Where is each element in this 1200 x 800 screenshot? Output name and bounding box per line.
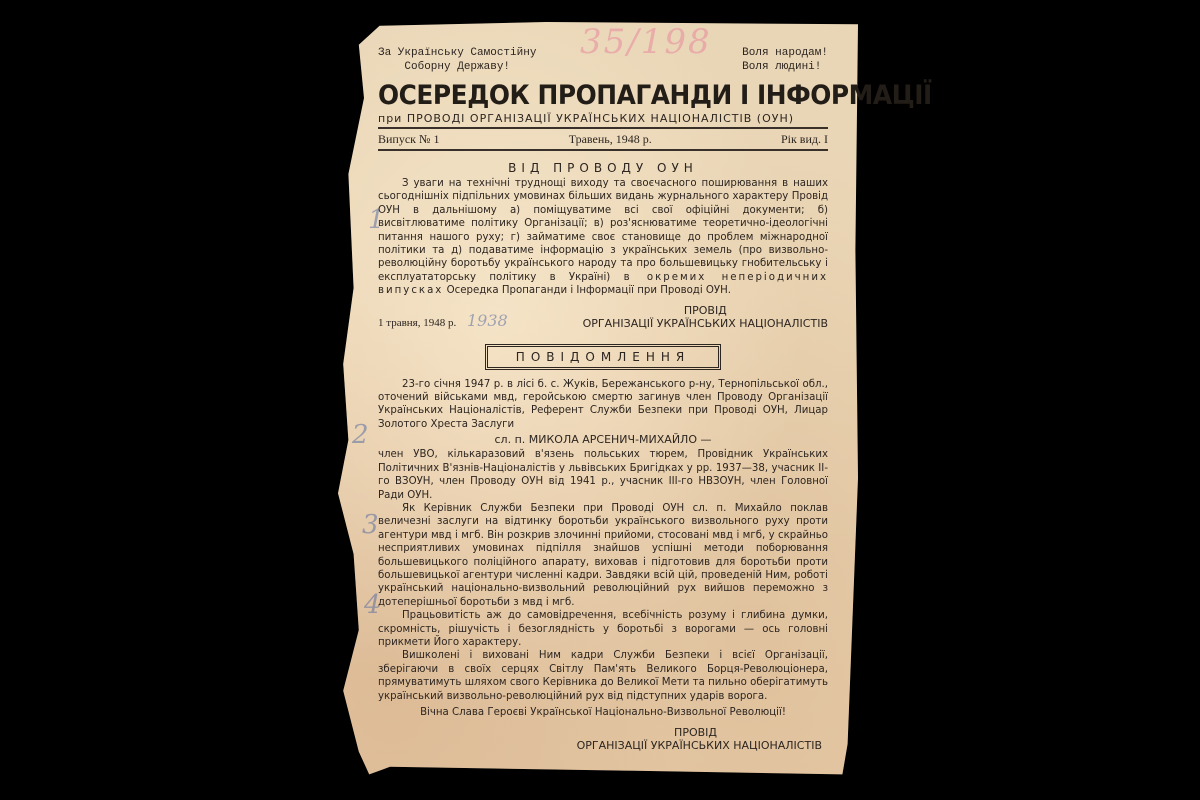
announcement-para: Вишколені і виховані Ним кадри Служби Бе…: [378, 649, 828, 703]
section-body: З уваги на технічні труднощі виходу та с…: [378, 177, 828, 298]
margin-mark-2: 2: [352, 420, 369, 450]
signature-line: ПРОВІД: [583, 304, 828, 317]
signature: ПРОВІД ОРГАНІЗАЦІЇ УКРАЇНСЬКИХ НАЦІОНАЛІ…: [583, 304, 828, 330]
motto-right-line: Воля людині!: [742, 60, 828, 74]
announcement-para: член УВО, кількаразовий в'язень польськи…: [378, 448, 828, 502]
announcement-para: 23-го січня 1947 р. в лісі б. с. Жуків, …: [378, 378, 828, 432]
document-content: За Українську Самостійну Соборну Державу…: [378, 46, 828, 752]
section-date: 1 травня, 1948 р. 1938: [378, 311, 508, 330]
mottos: За Українську Самостійну Соборну Державу…: [378, 46, 828, 74]
issue-line: Випуск № 1 Травень, 1948 р. Рік вид. І: [378, 129, 828, 151]
body-text-end: Осередка Пропаганди і Інформації при Про…: [447, 285, 731, 296]
motto-left-line: Соборну Державу!: [378, 60, 536, 74]
masthead-subtitle: при ПРОВОДІ ОРГАНІЗАЦІЇ УКРАЇНСЬКИХ НАЦІ…: [378, 112, 828, 129]
motto-left-line: За Українську Самостійну: [378, 46, 536, 60]
closing-glory: Вічна Слава Героєві Української Націонал…: [378, 707, 828, 718]
signature-line: ОРГАНІЗАЦІЇ УКРАЇНСЬКИХ НАЦІОНАЛІСТІВ: [583, 317, 828, 330]
motto-left: За Українську Самостійну Соборну Державу…: [378, 46, 536, 74]
margin-mark-3: 3: [362, 510, 379, 540]
issue-date: Травень, 1948 р.: [569, 132, 652, 147]
issue-year: Рік вид. І: [781, 132, 828, 147]
announcement-para: Як Керівник Служби Безпеки при Проводі О…: [378, 502, 828, 609]
date-text: 1 травня, 1948 р.: [378, 317, 456, 329]
section-title: ВІД ПРОВОДУ ОУН: [378, 161, 828, 175]
issue-number: Випуск № 1: [378, 132, 439, 147]
motto-right-line: Воля народам!: [742, 46, 828, 60]
signature-line: ПРОВІД: [378, 726, 822, 739]
signature-line: ОРГАНІЗАЦІЇ УКРАЇНСЬКИХ НАЦІОНАЛІСТІВ: [378, 739, 822, 752]
pencil-note: 1938: [467, 311, 508, 330]
masthead-title: ОСЕРЕДОК ПРОПАГАНДИ І ІНФОРМАЦІЇ: [378, 82, 792, 110]
hero-name: сл. п. МИКОЛА АРСЕНИЧ-МИХАЙЛО —: [378, 433, 828, 446]
announcement-title: ПОВІДОМЛЕННЯ: [485, 344, 721, 370]
body-text: З уваги на технічні труднощі виходу та с…: [378, 178, 828, 283]
section-signature-row: 1 травня, 1948 р. 1938 ПРОВІД ОРГАНІЗАЦІ…: [378, 304, 828, 330]
final-signature: ПРОВІД ОРГАНІЗАЦІЇ УКРАЇНСЬКИХ НАЦІОНАЛІ…: [378, 726, 828, 752]
announcement-para: Працьовитість аж до самовідречення, всеб…: [378, 609, 828, 649]
motto-right: Воля народам! Воля людині!: [742, 46, 828, 74]
